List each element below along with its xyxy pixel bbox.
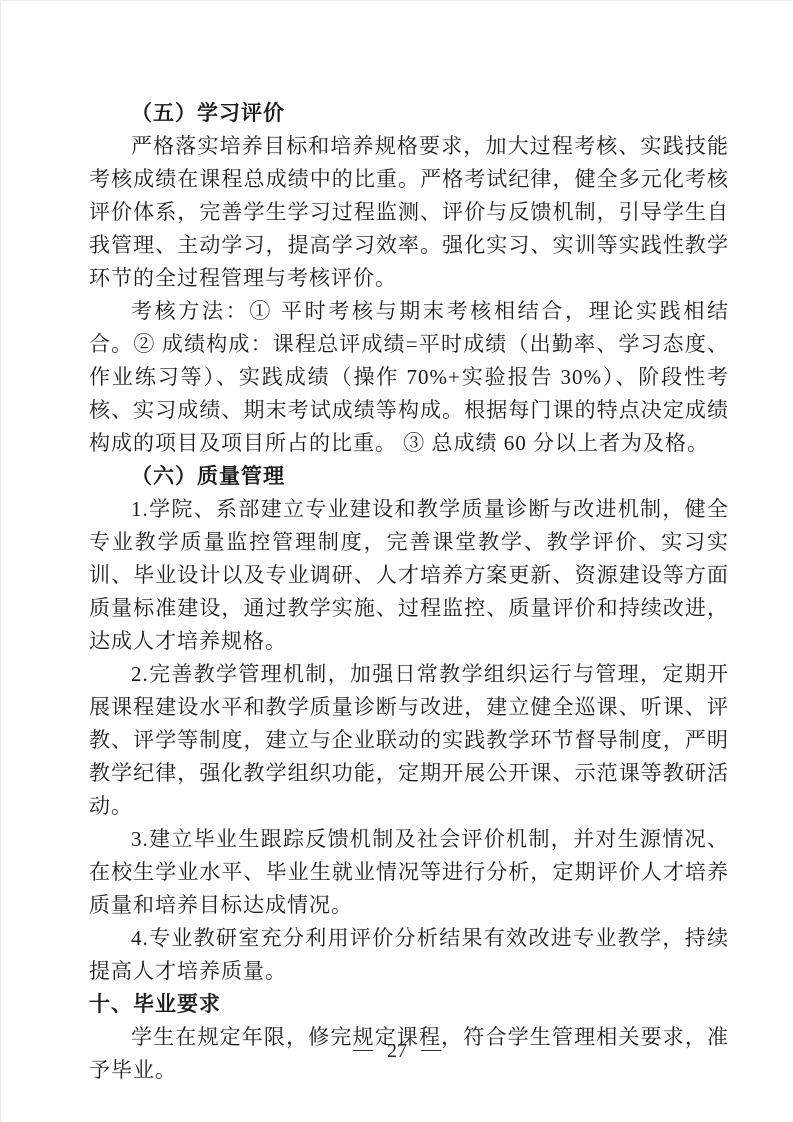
section-heading-quality-management: （六）质量管理 (89, 460, 729, 493)
paragraph-learning-evaluation-2: 考核方法：① 平时考核与期末考核相结合，理论实践相结合。② 成绩构成：课程总评成… (89, 295, 729, 460)
paragraph-quality-management-3: 3.建立毕业生跟踪反馈机制及社会评价机制，并对生源情况、在校生学业水平、毕业生就… (89, 823, 729, 922)
footer-page-number: 27 (387, 1040, 407, 1062)
document-page: （五）学习评价 严格落实培养目标和培养规格要求，加大过程考核、实践技能考核成绩在… (0, 0, 793, 1122)
paragraph-learning-evaluation-1: 严格落实培养目标和培养规格要求，加大过程考核、实践技能考核成绩在课程总成绩中的比… (89, 130, 729, 295)
footer-right-dash: — (421, 1036, 441, 1062)
section-heading-graduation-requirements: 十、毕业要求 (89, 988, 729, 1021)
page-footer: —27— (1, 1038, 793, 1064)
paragraph-quality-management-4: 4.专业教研室充分利用评价分析结果有效改进专业教学，持续提高人才培养质量。 (89, 922, 729, 988)
footer-left-dash: — (353, 1036, 373, 1062)
document-body: （五）学习评价 严格落实培养目标和培养规格要求，加大过程考核、实践技能考核成绩在… (89, 97, 729, 1087)
paragraph-quality-management-2: 2.完善教学管理机制，加强日常教学组织运行与管理，定期开展课程建设水平和教学质量… (89, 658, 729, 823)
section-heading-learning-evaluation: （五）学习评价 (89, 97, 729, 130)
paragraph-quality-management-1: 1.学院、系部建立专业建设和教学质量诊断与改进机制，健全专业教学质量监控管理制度… (89, 493, 729, 658)
